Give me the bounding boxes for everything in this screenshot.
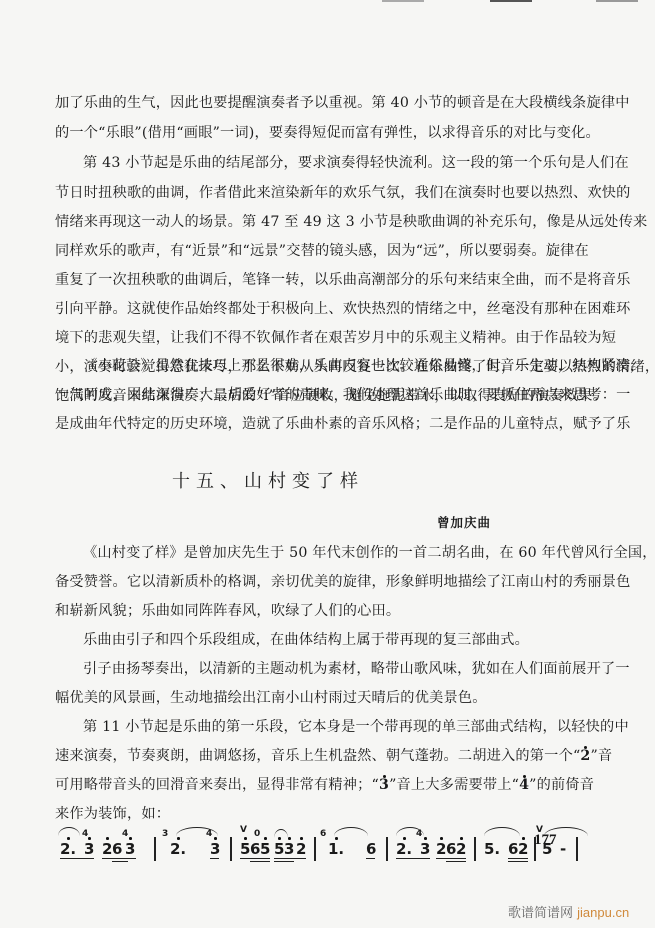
- score-note: 3: [210, 841, 220, 857]
- barline: [576, 837, 578, 861]
- score-note: 2.: [396, 841, 412, 857]
- score-note: 2: [518, 841, 528, 857]
- barline: [386, 837, 388, 861]
- grace-note: 3: [162, 829, 168, 839]
- text-line: 加了乐曲的生气，因此也要提醒演奏者予以重视。第 40 小节的顿音是在大段横线条旋…: [55, 94, 630, 112]
- text-span: ”音上大多需要带上“: [389, 777, 519, 793]
- breath-mark: V: [240, 825, 247, 835]
- jianpu-note-high: 2: [580, 747, 590, 765]
- score-note: 5: [260, 841, 270, 857]
- score-note: 2: [296, 841, 306, 857]
- text-span: 速来演奏，节奏爽朗，曲调悠扬，音乐上生机盎然、朝气蓬勃。二胡进入的第一个“: [55, 748, 580, 764]
- score-note: 6: [112, 841, 122, 857]
- barline: [314, 837, 316, 861]
- text-line: 第 11 小节起是乐曲的第一乐段，它本身是一个带再现的单三部曲式结构，以轻快的中: [83, 718, 629, 736]
- text-line: 可用略带音头的回滑音来奏出，显得非常有精神；“3”音上大多需要带上“4”的前倚音: [55, 776, 594, 794]
- slur: [484, 827, 520, 836]
- jianpu-score: 2. 4 3 2 6 4 3 3 2. 4 3 V 5 0 6 5 5 3 2 …: [58, 823, 578, 873]
- page-number: 177: [534, 832, 557, 849]
- text-line: 来作为装饰，如：: [55, 805, 170, 823]
- score-note: 3: [420, 841, 430, 857]
- section-title: 十五、山村变了样: [172, 467, 364, 493]
- score-note: 6: [446, 841, 456, 857]
- composer-credit: 曾加庆曲: [437, 513, 491, 531]
- score-note: 5: [274, 841, 284, 857]
- text-line: 乐曲由引子和四个乐段组成，在曲体结构上属于带再现的复三部曲式。: [83, 631, 529, 649]
- score-note: 5.: [484, 841, 500, 857]
- score-note: 2.: [170, 841, 186, 857]
- score-note: 2: [436, 841, 446, 857]
- slur: [274, 829, 288, 838]
- score-note: 1.: [328, 841, 344, 857]
- jianpu-score-end: [582, 823, 642, 873]
- jianpu-note-high: 4: [519, 776, 529, 794]
- text-span: 可用略带音头的回滑音来奏出，显得非常有精神；“: [55, 777, 379, 793]
- text-line: 引向平静。这就使作品始终都处于积极向上、欢快热烈的情绪之中，丝毫没有那种在困难环: [55, 300, 631, 318]
- text-line: 重复了一次扭秧歌的曲调后，笔锋一转，以乐曲高潮部分的乐句来结束全曲，而不是将音乐: [55, 271, 631, 289]
- score-note: 2: [456, 841, 466, 857]
- score-note: 6: [250, 841, 260, 857]
- text-line: 和崭新风貌；乐曲如同阵阵春风，吹绿了人们的心田。: [55, 602, 400, 620]
- barline: [154, 837, 156, 861]
- scan-artifact: [490, 0, 532, 2]
- score-note: 3: [125, 841, 135, 857]
- text-line: 的一个“乐眼”(借用“画眼”一词)，要奏得短促而富有弹性，以求得音乐的对比与变化…: [55, 124, 600, 142]
- score-note: 3: [84, 841, 94, 857]
- score-note: -: [560, 841, 566, 857]
- score-note: 2: [102, 841, 112, 857]
- text-line: 引子由扬琴奏出，以清新的主题动机为素材，略带山歌风味，犹如在人们面前展开了一: [83, 660, 630, 678]
- text-line: 境下的悲观失望，让我们不得不钦佩作者在艰苦岁月中的乐观主义精神。由于作品较为短: [55, 329, 616, 347]
- grace-note: 4: [416, 829, 422, 839]
- slur: [58, 827, 80, 836]
- score-note: 6: [508, 841, 518, 857]
- watermark-en: jianpu.cn: [577, 905, 629, 920]
- text-line: 第 43 小节起是乐曲的结尾部分，要求演奏得轻快流利。这一段的第一个乐句是人们在: [83, 154, 629, 172]
- text-line: 节日时扭秧歌的曲调，作者借此来渲染新年的欢乐气氛，我们在演奏时也要以热烈、欢快的: [55, 184, 631, 202]
- jianpu-note-high: 3: [379, 776, 389, 794]
- text-line: 速来演奏，节奏爽朗，曲调悠扬，音乐上生机盎然、朝气蓬勃。二胡进入的第一个“2”音: [55, 747, 612, 765]
- slur: [334, 827, 368, 836]
- text-line: 《山村变了样》是曾加庆先生于 50 年代末创作的一首二胡名曲，在 60 年代曾风…: [83, 544, 655, 562]
- text-line: 幅优美的风景画，生动地描绘出江南小山村雨过天晴后的优美景色。: [55, 689, 487, 707]
- text-line: 备受赞誉。它以清新质朴的格调，亲切优美的旋律，形象鲜明地描绘了江南山村的秀丽景色: [55, 573, 631, 591]
- scan-artifact: [382, 0, 424, 2]
- text-line: 《小花鼓》虽然在技巧上不是很难，乐曲内容也比较通俗易懂，但音乐生动，结构紧凑，: [83, 357, 644, 375]
- watermark: 歌谱简谱网 jianpu.cn: [508, 902, 629, 921]
- text-line: 同样欢乐的歌声，有“近景”和“远景”交替的镜头感，因为“远”，所以要弱奏。旋律在: [55, 242, 589, 260]
- grace-note: 6: [320, 829, 326, 839]
- text-span: ”音: [590, 748, 612, 764]
- score-note: 2.: [60, 841, 76, 857]
- text-line: 情绪来再现这一动人的场景。第 47 至 49 这 3 小节是秧歌曲调的补充乐句，…: [55, 213, 647, 231]
- text-line: 是成曲年代特定的历史环境，造就了乐曲朴素的音乐风格；二是作品的儿童特点，赋予了乐: [55, 415, 631, 433]
- barline: [230, 837, 232, 861]
- score-note: 5: [240, 841, 250, 857]
- grace-note: 0: [254, 829, 260, 839]
- grace-note: 4: [122, 829, 128, 839]
- text-span: ”的前倚音: [529, 777, 594, 793]
- scan-artifact: [596, 0, 638, 2]
- grace-note: 4: [206, 829, 212, 839]
- barline: [474, 837, 476, 861]
- score-note: 3: [284, 841, 294, 857]
- watermark-cn: 歌谱简谱网: [508, 906, 573, 921]
- text-line: 一气呵成，因此深得广大二胡爱好者的青睐。我们处理这首乐曲时，要抓住两点来思考：一: [55, 386, 631, 404]
- score-note: 6: [366, 841, 376, 857]
